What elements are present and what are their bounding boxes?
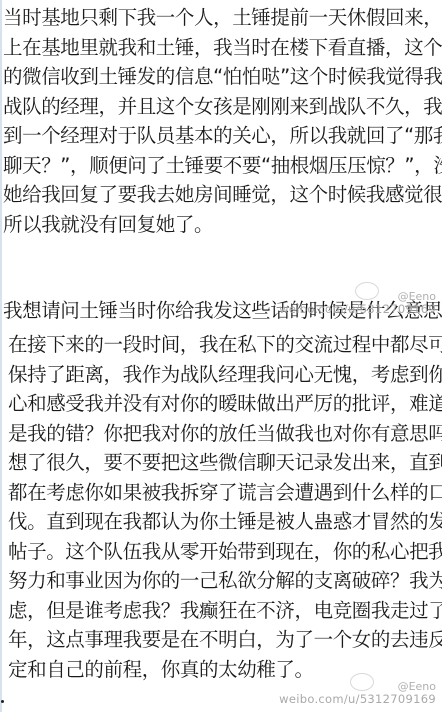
- paragraph-incident: 当时基地只剩下我一个人，土锤提前一天休假回来，当天晚 上在基地里就我和土锤，我当…: [3, 3, 442, 239]
- left-border-rule: [0, 0, 2, 712]
- paragraph-response: 在接下来的一段时间，我在私下的交流过程中都尽可能跟你 保持了距离，我作为战队经理…: [8, 330, 442, 684]
- text-line: 努力和事业因为你的一己私欲分解的支离破碎？我为你考: [8, 566, 442, 596]
- text-line: 在接下来的一段时间，我在私下的交流过程中都尽可能跟你: [8, 330, 442, 360]
- text-line: 年，这点事理我要是在不明白，为了一个女的去违反公司规: [8, 625, 442, 655]
- text-line: 到一个经理对于队员基本的关心，所以我就回了“那我陪你: [3, 121, 442, 151]
- text-line: 是我的错？你把我对你的放任当做我也对你有意思吗？我: [8, 419, 442, 449]
- text-line: 帖子。这个队伍我从零开始带到现在，你的私心把我的这份: [8, 537, 442, 567]
- text-line: 当时基地只剩下我一个人，土锤提前一天休假回来，当天晚: [3, 3, 442, 33]
- text-line: 伐。直到现在我都认为你土锤是被人蛊惑才冒然的发了那篇: [8, 507, 442, 537]
- text-line: 战队的经理，并且这个女孩是刚刚来到战队不久，我需要做: [3, 92, 442, 122]
- watermark-url: weibo.com/u/5312709169: [279, 693, 436, 706]
- text-line: 所以我就没有回复她了。: [3, 210, 442, 240]
- text-line: 她给我回复了要我去她房间睡觉，这个时候我感觉很惊讶，: [3, 180, 442, 210]
- text-line: 聊天？”，顺便问了土锤要不要“抽根烟压压惊？”，没想到: [3, 151, 442, 181]
- text-line: 上在基地里就我和土锤，我当时在楼下看直播，这个时候我: [3, 33, 442, 63]
- watermark: @Eeno weibo.com/u/5312709169: [279, 680, 436, 706]
- watermark: @Eeno weibo.com/u/5312709169: [279, 290, 436, 316]
- text-line: 心和感受我并没有对你的暧昧做出严厉的批评，难道这个也: [8, 389, 442, 419]
- watermark-url: weibo.com/u/5312709169: [279, 303, 436, 316]
- text-line: 虑，但是谁考虑我？我癫狂在不济，电竞圈我走过了这么多: [8, 596, 442, 626]
- bullet-dot: [1, 700, 4, 703]
- text-line: 的微信收到土锤发的信息“怕怕哒”这个时候我觉得我作为: [3, 62, 442, 92]
- text-line: 保持了距离，我作为战队经理我问心无愧，考虑到你的自尊: [8, 360, 442, 390]
- text-line: 想了很久，要不要把这些微信聊天记录发出来，直到现在我: [8, 448, 442, 478]
- text-line: 都在考虑你如果被我拆穿了谎言会遭遇到什么样的口诛笔: [8, 478, 442, 508]
